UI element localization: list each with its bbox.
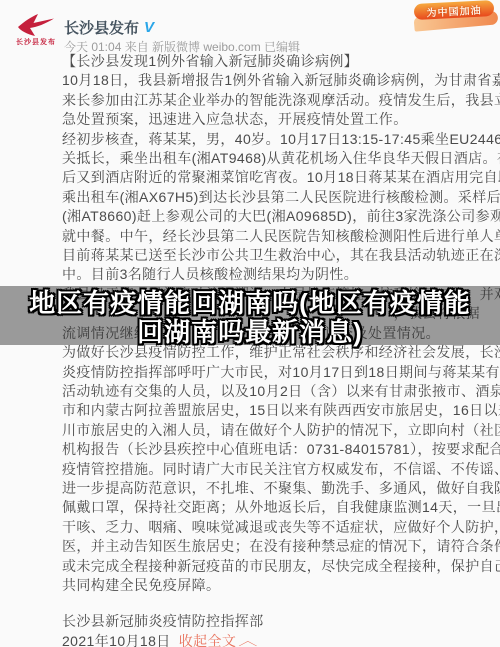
collapse-full-text-link[interactable]: 收起全文 ︿ (179, 632, 255, 647)
china-cheer-ribbon-badge: 为中国加油 (408, 0, 500, 34)
ribbon-swoosh-icon (414, 10, 499, 31)
post-text-line: 医，并主动告知医生旅居史；在没有接种禁忌症的情况下，请符合条件仍未接种 (62, 537, 480, 556)
post-text-line: 干咳、乏力、咽痛、嗅味觉减退或丧失等不适症状，应做好个人防护，及时就 (62, 518, 480, 537)
post-text-line: (湘AT8660)赶上参观公司的大巴(湘A09685D)，前往3家洗涤公司参观后… (62, 207, 480, 226)
changsha-bird-logo-icon (17, 13, 55, 37)
post-body: 【长沙县发现1例外省输入新冠肺炎确诊病例】10月18日，我县新增报告1例外省输入… (62, 52, 480, 647)
post-text-line: 共同构建全民免疫屏障。 (62, 576, 480, 595)
post-text-line: 来长参加由江苏某企业举办的智能洗涤观摩活动。疫情发生后，我县立即启动应 (62, 91, 480, 110)
chevron-up-icon[interactable]: ︿ (239, 632, 259, 647)
post-text-line: 就中餐。中午，经长沙县第二人民医院告知核酸检测阳性后进行单人单间隔离。 (62, 227, 480, 246)
post-text-line: 乘出租车(湘AX67H5)到达长沙县第二人民医院进行核酸检测。采样后乘坐出租车 (62, 188, 480, 207)
post-text-line: 市和内蒙古阿拉善盟旅居史，15日以来有陕西西安市旅居史，16日以来有宁夏银 (62, 401, 480, 420)
post-text-line: 或未完成全程接种新冠疫苗的市民朋友，尽快完成全程接种，保护自己和家人， (62, 557, 480, 576)
post-text-line: 目前蒋某某已送至长沙市公共卫生救治中心，其在我县活动轨迹正在深入调查 (62, 246, 480, 265)
ribbon-pill: 为中国加油 (414, 0, 495, 20)
post-paragraphs-b: 为做好长沙县疫情防控工作，维护正常社会秩序和经济社会发展，长沙县新冠肺炎疫情防控… (62, 343, 480, 595)
post-text-line: 关抵长，乘坐出租车(湘AT9468)从黄花机场入住华良华天假日酒店。在酒店晚餐 (62, 149, 480, 168)
post-date: 2021年10月18日 (62, 632, 171, 647)
post-text-line: 疫情管控措施。同时请广大市民关注官方权威发布，不信谣、不传谣、不造谣； (62, 460, 480, 479)
post-text-line: 佩戴口罩，保持社交距离；从外地返长后，自我健康监测14天，一旦出现发热、 (62, 498, 480, 517)
account-name[interactable]: 长沙县发布 (64, 17, 139, 38)
post-text-line: 经初步核查，蒋某某，男，40岁。10月17日13:15-17:45乘坐EU244… (62, 130, 480, 149)
avatar-caption: 长沙县发布 (10, 37, 62, 47)
post-paragraphs-a: 【长沙县发现1例外省输入新冠肺炎确诊病例】10月18日，我县新增报告1例外省输入… (62, 52, 480, 285)
post-text-line: 进一步提高防范意识，不扎堆、不聚集、勤洗手、多通风，做好自我防护，规范 (62, 479, 480, 498)
watermark-caption-line2: 回湖南吗最新消息) (0, 318, 500, 347)
post-text-line: 10月18日，我县新增报告1例外省输入新冠肺炎确诊病例，为甘肃省嘉峪关人， (62, 71, 480, 90)
post-signature: 长沙县新冠肺炎疫情防控指挥部 (62, 612, 480, 631)
post-text-line: 后又到酒店附近的常聚湘菜馆吃宵夜。10月18日蒋某某在酒店用完自助早餐后， (62, 168, 480, 187)
watermark-caption-line1: 地区有疫情能回湖南吗(地区有疫情能 (0, 289, 500, 318)
post-text-line: 机构报告（长沙县疾控中心值班电话：0731-84015781），按要求配合做好相… (62, 440, 480, 459)
verified-badge-icon: V (144, 19, 154, 36)
post-text-line: 炎疫情防控指挥部呼吁广大市民，对10月17日到18日期间与蒋某某有过接触史或 (62, 363, 480, 382)
watermark-caption: 地区有疫情能回湖南吗(地区有疫情能 回湖南吗最新消息) (0, 289, 500, 347)
post-text-line: 中。目前3名随行人员核酸检测结果均为阴性。 (62, 265, 480, 284)
post-text-line: 急处置预案，迅速进入应急状态，开展疫情处置工作。 (62, 110, 480, 129)
post-text-line: 【长沙县发现1例外省输入新冠肺炎确诊病例】 (62, 52, 480, 71)
post-text-line: 川市旅居史的入湘人员，请在做好个人防护的情况下，立即向村（社区）或疾控 (62, 421, 480, 440)
ribbon-label: 为中国加油 (426, 1, 482, 19)
post-text-line: 活动轨迹有交集的人员，以及10月2日（含）以来有甘肃张掖市、酒泉市、嘉峪关 (62, 382, 480, 401)
profile-avatar[interactable]: 长沙县发布 (10, 13, 62, 47)
